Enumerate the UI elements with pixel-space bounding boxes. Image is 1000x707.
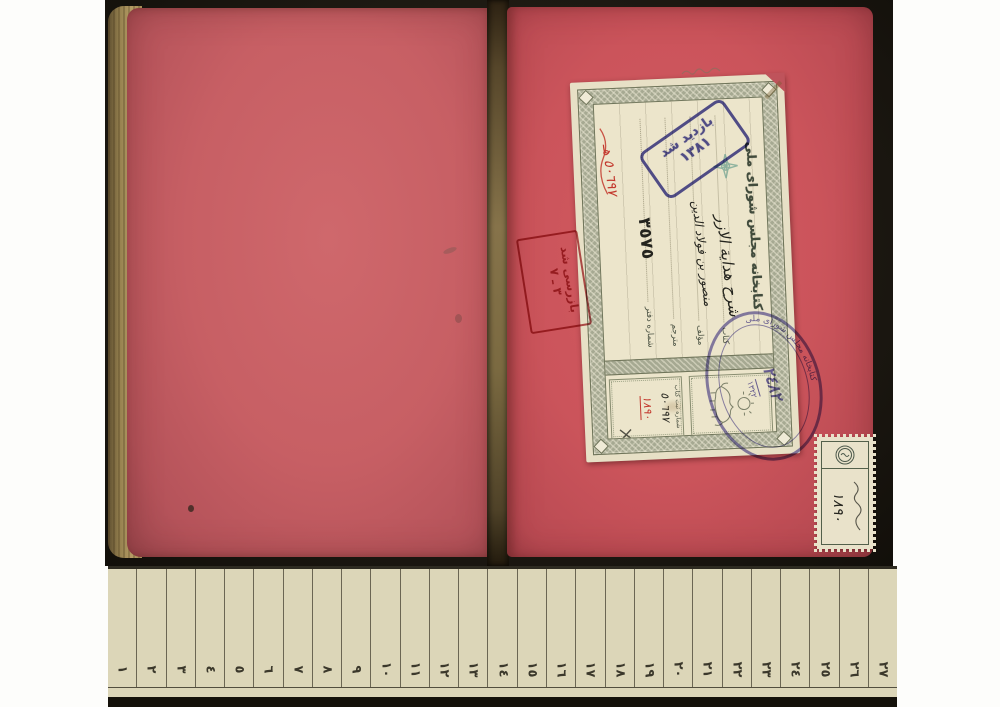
ruler-number: ٦ bbox=[261, 666, 276, 674]
corner-rosette-icon bbox=[593, 439, 609, 455]
ruler-cell: ٢٢ bbox=[723, 569, 752, 687]
ruler-number: ١٣ bbox=[466, 662, 481, 678]
measuring-ruler: ١٢٣٤٥٦٧٨٩١٠١١١٢١٣١٤١٥١٦١٧١٨١٩٢٠٢١٢٢٢٣٢٤٢… bbox=[108, 566, 897, 697]
ruler-cell: ١٨ bbox=[606, 569, 635, 687]
page-blemish bbox=[188, 505, 194, 512]
ruler-number: ١٠ bbox=[378, 662, 393, 678]
corner-rosette-icon bbox=[578, 90, 594, 106]
ruler-cell: ٩ bbox=[342, 569, 371, 687]
appraisal-label-body: ١٨٩٠ bbox=[822, 469, 868, 545]
registration-red-number: ١٨٩٠ bbox=[640, 396, 655, 420]
scan-bottom-edge bbox=[108, 697, 897, 707]
ruler-cell: ١٧ bbox=[576, 569, 605, 687]
ruler-cells: ١٢٣٤٥٦٧٨٩١٠١١١٢١٣١٤١٥١٦١٧١٨١٩٢٠٢١٢٢٢٣٢٤٢… bbox=[108, 569, 897, 688]
ruler-cell: ٣ bbox=[167, 569, 196, 687]
ruler-cell: ٧ bbox=[284, 569, 313, 687]
ruler-number: ٢١ bbox=[700, 662, 715, 678]
ruler-cell: ٢٣ bbox=[752, 569, 781, 687]
ruler-cell: ٢١ bbox=[693, 569, 722, 687]
ruler-cell: ٢٥ bbox=[810, 569, 839, 687]
ruler-cell: ٢٠ bbox=[664, 569, 693, 687]
ruler-number: ٣ bbox=[173, 666, 188, 674]
appraisal-number: ١٨٩٠ bbox=[830, 472, 846, 542]
ruler-cell: ١٤ bbox=[488, 569, 517, 687]
ruler-number: ٩ bbox=[349, 666, 364, 674]
ruler-number: ٧ bbox=[290, 666, 305, 674]
ruler-cell: ٨ bbox=[313, 569, 342, 687]
ruler-number: ٢٦ bbox=[846, 662, 861, 678]
page-blemish bbox=[455, 314, 462, 323]
field-label-translator: مترجم bbox=[669, 324, 680, 347]
appraisal-stamp-label: ١٨٩٠ bbox=[817, 437, 873, 549]
ruler-cell: ١٣ bbox=[459, 569, 488, 687]
left-cover-page bbox=[127, 8, 493, 557]
ruler-number: ٥ bbox=[232, 666, 247, 674]
ruler-number: ١١ bbox=[407, 662, 422, 678]
ruler-number: ١٢ bbox=[437, 662, 452, 678]
appraisal-label-frame: ١٨٩٠ bbox=[821, 441, 869, 545]
ruler-cell: ١٢ bbox=[430, 569, 459, 687]
ruler-cell: ٦ bbox=[254, 569, 283, 687]
ruler-number: ١٩ bbox=[641, 662, 656, 678]
ruler-number: ٢ bbox=[144, 666, 159, 674]
ruler-cell: ٢ bbox=[137, 569, 166, 687]
ruler-number: ١٨ bbox=[612, 662, 627, 678]
manuscript-scan: كتابخانه مجلس شورای ملی كتاب bbox=[0, 0, 1000, 707]
ruler-cell: ١ bbox=[108, 569, 137, 687]
ruler-number: ٢٠ bbox=[671, 662, 686, 678]
seal-emblem-icon bbox=[834, 444, 856, 466]
ruler-cell: ١٩ bbox=[635, 569, 664, 687]
book-gutter bbox=[487, 0, 509, 566]
ruler-number: ٢٤ bbox=[788, 662, 803, 678]
ruler-number: ١٦ bbox=[554, 662, 569, 678]
ruler-number: ٢٣ bbox=[758, 662, 773, 678]
ruler-number: ١٧ bbox=[583, 662, 598, 678]
page-blemish bbox=[443, 246, 458, 255]
ruler-cell: ١٠ bbox=[371, 569, 400, 687]
handwriting-squiggle bbox=[850, 479, 862, 535]
ruler-number: ٢٧ bbox=[876, 662, 891, 678]
ruler-cell: ١٦ bbox=[547, 569, 576, 687]
ruler-cell: ٥ bbox=[225, 569, 254, 687]
ruler-cell: ٢٤ bbox=[781, 569, 810, 687]
red-flourish-mark bbox=[597, 126, 610, 196]
ruler-cell: ٤ bbox=[196, 569, 225, 687]
ruler-number: ١٤ bbox=[495, 662, 510, 678]
ruler-cell: ١١ bbox=[401, 569, 430, 687]
ruler-number: ١٥ bbox=[524, 662, 539, 678]
ruler-cell: ٢٧ bbox=[869, 569, 897, 687]
oval-stamp-date: ١٣٢٢ bbox=[745, 379, 760, 399]
ruler-number: ٨ bbox=[319, 666, 334, 674]
dotted-leader bbox=[639, 119, 648, 302]
book-scan-photo: كتابخانه مجلس شورای ملی كتاب bbox=[105, 0, 893, 566]
ruler-number: ١ bbox=[115, 666, 130, 674]
ruler-number: ٤ bbox=[202, 666, 217, 674]
ruler-number: ٢٥ bbox=[817, 662, 832, 678]
field-label-register-no: شماره دفتر bbox=[644, 306, 656, 347]
handwritten-register-number: ٣٥٧٥ bbox=[634, 217, 658, 260]
ruler-cell: ٢٦ bbox=[840, 569, 869, 687]
ruler-cell: ١٥ bbox=[518, 569, 547, 687]
ruler-number: ٢٢ bbox=[729, 662, 744, 678]
